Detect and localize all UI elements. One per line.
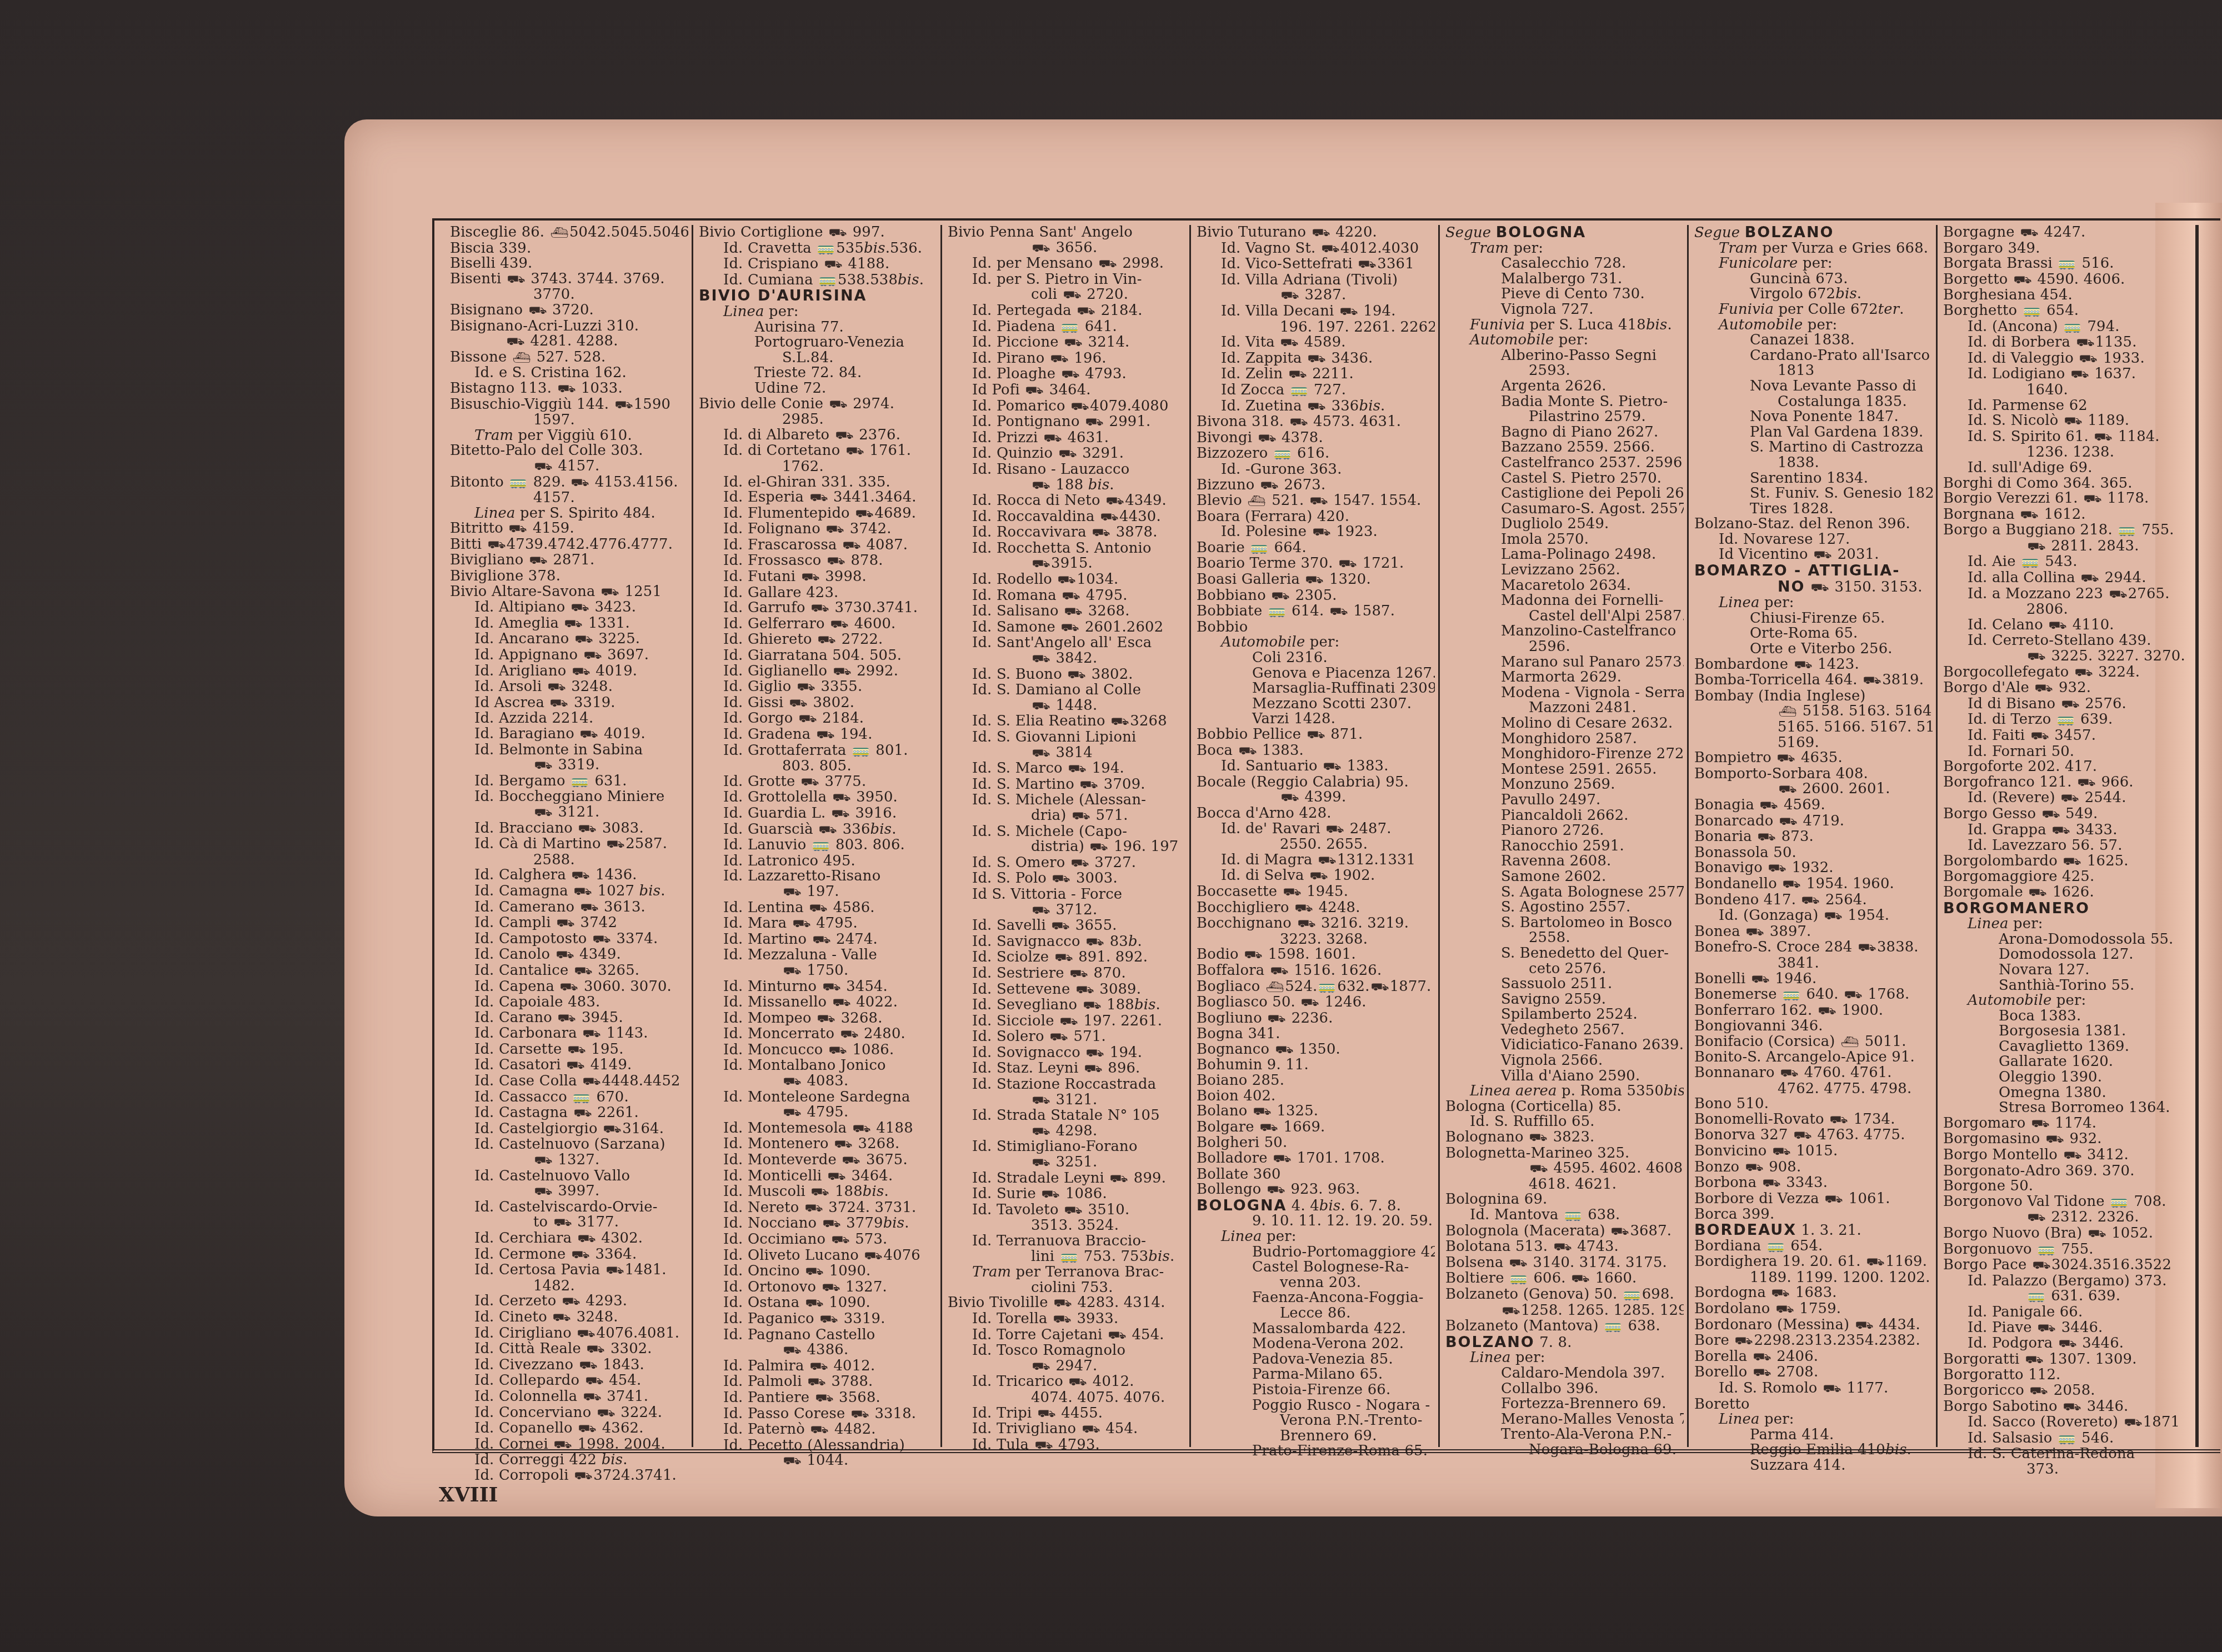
- italic-label: Linea: [1719, 1412, 1760, 1428]
- index-entry: Id. Salsasio 🚃 546.: [1943, 1431, 2192, 1447]
- index-entry: Reggio Emilia 410bis.: [1694, 1443, 1933, 1458]
- index-entry: Id. Giarratana 504. 505.: [699, 648, 937, 664]
- bus-automobile-service-icon: ⛟: [1275, 1043, 1294, 1058]
- index-heading-entry: BOLOGNA 4. 4bis. 6. 7. 8.: [1197, 1198, 1435, 1214]
- index-entry: ⛟1258. 1265. 1285. 1291: [1445, 1303, 1684, 1319]
- index-entry: Id. Roccavivara ⛟ 3878.: [948, 525, 1186, 541]
- index-entry: Plan Val Gardena 1839.: [1694, 425, 1933, 440]
- bus-automobile-service-icon: ⛟: [832, 995, 851, 1011]
- bus-automobile-service-icon: ⛟: [582, 1027, 601, 1042]
- bus-automobile-service-icon: ⛟: [597, 1406, 615, 1421]
- bus-automobile-service-icon: ⛟: [829, 397, 848, 413]
- bus-automobile-service-icon: ⛟: [805, 1264, 824, 1280]
- bus-automobile-service-icon: ⛟: [804, 1201, 823, 1217]
- section-heading: BORGOMANERO: [1943, 901, 2090, 917]
- index-entry: Castelfranco 2537. 2596.: [1445, 455, 1684, 471]
- ship-service-icon: ⛴: [1248, 494, 1267, 509]
- index-entry: Id. per S. Pietro in Vin-: [948, 272, 1186, 288]
- index-entry: ⛟ 2947.: [948, 1359, 1186, 1375]
- index-heading-entry: Segue BOLZANO: [1694, 225, 1933, 241]
- index-entry: Argenta 2626.: [1445, 379, 1684, 394]
- index-entry: S. Benedetto del Quer-: [1445, 946, 1684, 962]
- railcar-service-icon: 🚃: [2118, 523, 2136, 539]
- index-entry: Id. Palmira ⛟ 4012.: [699, 1359, 937, 1375]
- index-entry: Id. Quinzio ⛟ 3291.: [948, 446, 1186, 462]
- index-entry: Borgata Brassi 🚃 516.: [1943, 256, 2192, 272]
- italic-label: bis: [1359, 399, 1380, 414]
- index-entry: Bolgheri 50.: [1197, 1135, 1435, 1151]
- index-entry: 1189. 1199. 1200. 1202.: [1694, 1270, 1933, 1286]
- index-entry: Id. Appignano ⛟ 3697.: [450, 648, 688, 664]
- italic-label: Linea: [474, 506, 516, 522]
- index-entry: Id. Campli ⛟ 3742: [450, 915, 688, 932]
- bus-automobile-service-icon: ⛟: [560, 980, 579, 995]
- index-entry: Pianoro 2726.: [1445, 823, 1684, 839]
- index-entry: ⛴ 5158. 5163. 5164.: [1694, 704, 1933, 720]
- index-entry: Id. Mantova 🚃 638.: [1445, 1208, 1684, 1224]
- bus-automobile-service-icon: ⛟: [2030, 729, 2049, 744]
- bus-automobile-service-icon: ⛟: [1259, 1120, 1278, 1136]
- index-entry: Id. Baragiano ⛟ 4019.: [450, 727, 688, 743]
- ship-service-icon: ⛴: [1840, 1035, 1859, 1050]
- railcar-service-icon: 🚃: [818, 273, 837, 289]
- index-entry: Bomba-Torricella 464. ⛟3819.: [1694, 673, 1933, 689]
- index-entry: Bolognano ⛟ 3823.: [1445, 1130, 1684, 1146]
- index-entry: Id. Lazzaretto-Risano: [699, 869, 937, 884]
- index-entry: 1838.: [1694, 455, 1933, 471]
- bus-automobile-service-icon: ⛟: [1757, 830, 1776, 845]
- bus-automobile-service-icon: ⛟: [600, 585, 619, 600]
- index-entry: Id. Tavoleto ⛟ 3510.: [948, 1203, 1186, 1219]
- index-entry: Id. Futani ⛟ 3998.: [699, 569, 937, 585]
- index-entry: Bobbio Pellice ⛟ 871.: [1197, 727, 1435, 743]
- index-entry: Bongiovanni 346.: [1694, 1019, 1933, 1034]
- index-entry: Id. Lentina ⛟ 4586.: [699, 900, 937, 917]
- bus-automobile-service-icon: ⛟: [2031, 1117, 2050, 1132]
- italic-label: bis: [870, 822, 892, 838]
- bus-automobile-service-icon: ⛟: [805, 1296, 824, 1311]
- bus-automobile-service-icon: ⛟: [1034, 1438, 1053, 1454]
- index-entry: venna 203.: [1197, 1275, 1435, 1291]
- bus-automobile-service-icon: ⛟: [585, 1374, 604, 1389]
- index-entry: Id. Terranuova Braccio-: [948, 1234, 1186, 1249]
- index-entry: Id. S. Michele (Alessan-: [948, 793, 1186, 808]
- index-entry: Castel dell'Alpi 2587.: [1445, 609, 1684, 624]
- index-entry: Verona P.N.-Trento-: [1197, 1413, 1435, 1429]
- index-entry: Bonzo ⛟ 908.: [1694, 1160, 1933, 1176]
- index-entry: Id. Samone ⛟ 2601.2602: [948, 620, 1186, 636]
- index-entry: Borgaro 349.: [1943, 241, 2192, 257]
- index-entry: ceto 2576.: [1445, 962, 1684, 977]
- index-entry: Id. Collepardo ⛟ 454.: [450, 1373, 688, 1389]
- index-entry: Id. alla Collina ⛟ 2944.: [1943, 570, 2192, 587]
- index-entry: Id. Nereto ⛟ 3724. 3731.: [699, 1200, 937, 1217]
- index-entry: Parma 414.: [1694, 1428, 1933, 1443]
- index-entry: Guncinà 673.: [1694, 272, 1933, 287]
- bus-automobile-service-icon: ⛟: [570, 600, 589, 616]
- bus-automobile-service-icon: ⛟: [564, 617, 583, 632]
- bus-automobile-service-icon: ⛟: [1090, 840, 1109, 855]
- index-entry: 5169.: [1694, 735, 1933, 751]
- index-entry: Id. Cerzeto ⛟ 4293.: [450, 1294, 688, 1310]
- bus-automobile-service-icon: ⛟: [567, 1043, 586, 1058]
- railcar-service-icon: 🚃: [573, 1090, 591, 1106]
- index-entry: Casumaro-S. Agost. 2557.: [1445, 502, 1684, 517]
- index-entry: Borgomale ⛟ 1626.: [1943, 885, 2192, 901]
- index-entry: Id. Carano ⛟ 3945.: [450, 1010, 688, 1027]
- index-entry: Id. Ortonovo ⛟ 1327.: [699, 1280, 937, 1296]
- index-entry: Bitritto ⛟ 4159.: [450, 521, 688, 537]
- bus-automobile-service-icon: ⛟: [1054, 950, 1073, 966]
- index-entry: Borgetto ⛟ 4590. 4606.: [1943, 272, 2192, 288]
- index-entry: Bivio Tuturano ⛟ 4220.: [1197, 225, 1435, 241]
- bus-automobile-service-icon: ⛟: [1801, 893, 1820, 909]
- bus-automobile-service-icon: ⛟: [1779, 814, 1798, 830]
- index-entry: Bolgare ⛟ 1669.: [1197, 1120, 1435, 1136]
- bus-automobile-service-icon: ⛟: [1824, 909, 1843, 924]
- bus-automobile-service-icon: ⛟: [506, 334, 525, 350]
- index-entry: ⛟ 3121.: [948, 1093, 1186, 1109]
- index-entry: Bobbiate 🚃 614. ⛟ 1587.: [1197, 604, 1435, 620]
- index-entry: Id. (Ancona) 🚃 794.: [1943, 319, 2192, 336]
- index-entry: Id. Mompeo ⛟ 3268.: [699, 1011, 937, 1027]
- index-entry: Boca ⛟ 1383.: [1197, 743, 1435, 759]
- index-entry: Samone 2602.: [1445, 869, 1684, 885]
- index-entry: Id. Sacco (Rovereto) ⛟1871: [1943, 1415, 2192, 1431]
- index-entry: Virgolo 672bis.: [1694, 287, 1933, 302]
- index-entry: Id. Tripi ⛟ 4455.: [948, 1406, 1186, 1422]
- index-entry: 2588.: [450, 853, 688, 868]
- index-entry: Id Ascrea ⛟ 3319.: [450, 695, 688, 712]
- index-entry: ciolini 753.: [948, 1280, 1186, 1296]
- bus-automobile-service-icon: ⛟: [574, 964, 593, 979]
- bus-automobile-service-icon: ⛟: [2051, 823, 2070, 839]
- index-entry: Cardano-Prato all'Isarco: [1694, 348, 1933, 364]
- bus-automobile-service-icon: ⛟: [1321, 242, 1340, 257]
- bus-automobile-service-icon: ⛟: [580, 900, 599, 916]
- bus-automobile-service-icon: ⛟: [1301, 995, 1320, 1011]
- index-entry: Ranocchio 2591.: [1445, 839, 1684, 854]
- bus-automobile-service-icon: ⛟: [2079, 352, 2098, 367]
- index-entry: Automobile per:: [1943, 993, 2192, 1009]
- index-entry: ⛟ 4386.: [699, 1343, 937, 1359]
- index-entry: 1236. 1238.: [1943, 445, 2192, 460]
- index-entry: Domodossola 127.: [1943, 947, 2192, 963]
- bus-automobile-service-icon: ⛟: [1318, 853, 1337, 869]
- index-entry: Bisignano-Acri-Luzzi 310.: [450, 319, 688, 334]
- index-entry: Bonarcado ⛟ 4719.: [1694, 814, 1933, 830]
- index-entry: Bomporto-Sorbara 408.: [1694, 767, 1933, 782]
- index-entry: Borella ⛟ 2406.: [1694, 1349, 1933, 1365]
- index-entry: Canazei 1838.: [1694, 333, 1933, 348]
- index-entry: Id. Pecetto (Alessandria): [699, 1438, 937, 1454]
- index-entry: Id. Campotosto ⛟ 3374.: [450, 932, 688, 948]
- bus-automobile-service-icon: ⛟: [1053, 1296, 1072, 1311]
- index-entry: Arona-Domodossola 55.: [1943, 932, 2192, 948]
- index-entry: Bore ⛟2298.2313.2354.2382.: [1694, 1333, 1933, 1349]
- index-entry: Gallarate 1620.: [1943, 1054, 2192, 1070]
- bus-automobile-service-icon: ⛟: [1032, 478, 1050, 494]
- bus-automobile-service-icon: ⛟: [812, 933, 831, 948]
- index-entry: Id. Arsoli ⛟ 3248.: [450, 679, 688, 695]
- index-entry: Boffalora ⛟ 1516. 1626.: [1197, 963, 1435, 979]
- index-entry: Id. Castelnuovo Vallo: [450, 1169, 688, 1184]
- index-entry: ⛟ 3842.: [948, 651, 1186, 667]
- index-column-5: Segue BOLOGNATram per:Casalecchio 728.Ma…: [1440, 225, 1689, 1447]
- bus-automobile-service-icon: ⛟: [783, 1105, 802, 1121]
- index-entry: ⛟ 4281. 4288.: [450, 334, 688, 350]
- index-entry: Id. Panigale 66.: [1943, 1305, 2192, 1320]
- index-entry: Id. Tula ⛟ 4793.: [948, 1438, 1186, 1454]
- bus-automobile-service-icon: ⛟: [1050, 352, 1069, 367]
- index-entry: Biscia 339.: [450, 241, 688, 257]
- index-entry: Id. Rocchetta S. Antonio: [948, 541, 1186, 557]
- index-entry: Omegna 1380.: [1943, 1085, 2192, 1101]
- index-entry: Sarentino 1834.: [1694, 471, 1933, 487]
- italic-label: bis: [1134, 998, 1156, 1013]
- index-entry: Bocchigliero ⛟ 4248.: [1197, 900, 1435, 917]
- index-entry: Pieve di Cento 730.: [1445, 287, 1684, 302]
- index-entry: Lama-Polinago 2498.: [1445, 547, 1684, 563]
- index-entry: Id. Salisano ⛟ 3268.: [948, 604, 1186, 620]
- index-entry: Bonagia ⛟ 4569.: [1694, 798, 1933, 814]
- index-entry: Id. Piccione ⛟ 3214.: [948, 335, 1186, 351]
- bus-automobile-service-icon: ⛟: [2027, 1210, 2046, 1226]
- index-entry: Id. S. Romolo ⛟ 1177.: [1694, 1381, 1933, 1397]
- railcar-service-icon: 🚃: [2027, 1289, 2045, 1305]
- index-entry: Id. Minturno ⛟ 3454.: [699, 979, 937, 995]
- index-entry: ⛟ 4795.: [699, 1105, 937, 1121]
- railcar-service-icon: 🚃: [2037, 1243, 2055, 1258]
- index-entry: Id. Stazione Roccastrada: [948, 1077, 1186, 1093]
- index-entry: Id. Cermone ⛟ 3364.: [450, 1247, 688, 1263]
- index-entry: Id. di Borbera ⛟1135.: [1943, 335, 2192, 351]
- index-entry: Id. Castelnuovo (Sarzana): [450, 1137, 688, 1153]
- index-entry: Bolzaneto (Mantova) 🚃 638.: [1445, 1319, 1684, 1335]
- index-entry: ⛟ 2312. 2326.: [1943, 1210, 2192, 1226]
- index-entry: Bogliasco 50. ⛟ 1246.: [1197, 995, 1435, 1011]
- index-entry: Bissone ⛴ 527. 528.: [450, 350, 688, 366]
- index-entry: ⛟ 2811. 2843.: [1943, 539, 2192, 555]
- index-entry: Bocchignano ⛟ 3216. 3219.: [1197, 916, 1435, 932]
- index-heading-entry: BOLZANO 7. 8.: [1445, 1335, 1684, 1351]
- index-entry: Id. Montalbano Jonico: [699, 1058, 937, 1074]
- bus-automobile-service-icon: ⛟: [1273, 1152, 1292, 1167]
- index-entry: Bono 510.: [1694, 1097, 1933, 1112]
- index-entry: Pavullo 2497.: [1445, 793, 1684, 808]
- index-entry: Bollate 360: [1197, 1167, 1435, 1183]
- index-entry: Id. Paternò ⛟ 4482.: [699, 1422, 937, 1438]
- bus-automobile-service-icon: ⛟: [1289, 415, 1308, 430]
- index-entry: Bogliuno ⛟ 2236.: [1197, 1011, 1435, 1027]
- index-entry: to ⛟ 3177.: [450, 1215, 688, 1231]
- section-heading: BOMARZO - ATTIGLIA-: [1694, 563, 1900, 579]
- bus-automobile-service-icon: ⛟: [783, 1074, 802, 1090]
- index-entry: Bistagno 113. ⛟ 1033.: [450, 381, 688, 397]
- italic-label: Automobile: [1968, 993, 2051, 1009]
- italic-label: Funivia: [1719, 302, 1774, 318]
- index-column-6: Segue BOLZANOTram per Vurza e Gries 668.…: [1689, 225, 1938, 1447]
- bus-automobile-service-icon: ⛟: [2070, 367, 2089, 383]
- index-entry: Bordolano ⛟ 1759.: [1694, 1301, 1933, 1318]
- index-entry: Id. S. Elia Reatino ⛟3268: [948, 714, 1186, 730]
- railcar-service-icon: 🚃: [1060, 1250, 1078, 1265]
- italic-label: Tram: [1719, 241, 1758, 257]
- index-entry: Bolladore ⛟ 1701. 1708.: [1197, 1151, 1435, 1167]
- railcar-service-icon: 🚃: [2058, 1431, 2076, 1447]
- index-entry: Id. Nocciano ⛟ 3779bis.: [699, 1216, 937, 1232]
- railcar-service-icon: 🚃: [2056, 713, 2075, 728]
- index-entry: Bodio ⛟ 1598. 1601.: [1197, 947, 1435, 963]
- index-entry: Bisignano ⛟ 3720.: [450, 303, 688, 319]
- index-entry: Borgomasino ⛟ 932.: [1943, 1132, 2192, 1148]
- index-column-7: Borgagne ⛟ 4247.Borgaro 349.Borgata Bras…: [1938, 225, 2199, 1447]
- bus-automobile-service-icon: ⛟: [1062, 589, 1080, 604]
- index-entry: Id. Sicciole ⛟ 197. 2261.: [948, 1014, 1186, 1030]
- italic-label: Linea aerea: [1470, 1084, 1557, 1099]
- index-entry: Id. S. Martino ⛟ 3709.: [948, 777, 1186, 793]
- index-entry: Id. Gradena ⛟ 194.: [699, 727, 937, 743]
- index-entry: Borgo Gesso ⛟ 549.: [1943, 807, 2192, 823]
- index-entry: Id. Lanuvio 🚃 803. 806.: [699, 838, 937, 854]
- index-entry: ⛟ 3656.: [948, 241, 1186, 257]
- bus-automobile-service-icon: ⛟: [1772, 1144, 1791, 1160]
- index-entry: ⛟ 1327.: [450, 1153, 688, 1169]
- italic-label: Funicolare: [1719, 256, 1798, 272]
- bus-automobile-service-icon: ⛟: [2029, 1384, 2048, 1399]
- index-entry: Bocale (Reggio Calabria) 95.: [1197, 775, 1435, 790]
- index-entry: 2596.: [1445, 639, 1684, 655]
- index-entry: Id. e S. Cristina 162.: [450, 366, 688, 381]
- bus-automobile-service-icon: ⛟: [1294, 901, 1313, 917]
- bus-automobile-service-icon: ⛟: [2041, 807, 2060, 823]
- bus-automobile-service-icon: ⛟: [2074, 665, 2093, 681]
- bus-automobile-service-icon: ⛟: [507, 272, 526, 288]
- index-entry: Id. Villa Adriana (Tivoli): [1197, 273, 1435, 288]
- index-entry: Id. Palmoli ⛟ 3788.: [699, 1374, 937, 1390]
- index-entry: ⛟ 3814: [948, 745, 1186, 762]
- index-entry: 1813: [1694, 363, 1933, 379]
- index-entry: Id. -Gurone 363.: [1197, 462, 1435, 478]
- bus-automobile-service-icon: ⛟: [1064, 1203, 1083, 1219]
- index-entry: Borgone 50.: [1943, 1179, 2192, 1194]
- bus-automobile-service-icon: ⛟: [2032, 1258, 2051, 1274]
- index-entry: Borgo Sabotino ⛟ 3446.: [1943, 1399, 2192, 1415]
- index-entry: Vedegheto 2567.: [1445, 1023, 1684, 1038]
- index-entry: Bondeno 417. ⛟ 2564.: [1694, 893, 1933, 909]
- index-entry: Id. Pontignano ⛟ 2991.: [948, 414, 1186, 430]
- index-heading-entry: BORGOMANERO: [1943, 901, 2192, 917]
- index-entry: Casalecchio 728.: [1445, 256, 1684, 272]
- index-entry: Bonemerse 🚃 640. ⛟ 1768.: [1694, 987, 1933, 1003]
- bus-automobile-service-icon: ⛟: [572, 868, 590, 884]
- bus-automobile-service-icon: ⛟: [1309, 494, 1328, 509]
- ship-service-icon: ⛴: [1265, 980, 1284, 995]
- index-entry: Bolognetta-Marineo 325.: [1445, 1146, 1684, 1162]
- index-entry: Borgo Montello ⛟ 3412.: [1943, 1148, 2192, 1164]
- bus-automobile-service-icon: ⛟: [1082, 1422, 1100, 1438]
- bus-automobile-service-icon: ⛟: [1793, 1128, 1812, 1144]
- index-entry: Borgomaggiore 425.: [1943, 869, 2192, 885]
- index-entry: Id. Città Reale ⛟ 3302.: [450, 1341, 688, 1358]
- index-entry: Id. Calghera ⛟ 1436.: [450, 868, 688, 884]
- bus-automobile-service-icon: ⛟: [1105, 494, 1124, 509]
- bus-automobile-service-icon: ⛟: [1061, 620, 1080, 636]
- bus-automobile-service-icon: ⛟: [573, 884, 592, 900]
- index-entry: Borgoratto 112.: [1943, 1368, 2192, 1383]
- index-entry: ⛟3915.: [948, 556, 1186, 572]
- bus-automobile-service-icon: ⛟: [1064, 336, 1083, 351]
- railcar-service-icon: 🚃: [1273, 447, 1292, 462]
- index-entry: Id Zocca 🚃 727.: [1197, 383, 1435, 399]
- bus-automobile-service-icon: ⛟: [2064, 414, 2083, 429]
- bus-automobile-service-icon: ⛟: [789, 696, 808, 712]
- index-entry: Id. Piadena 🚃 641.: [948, 319, 1186, 336]
- index-entry: Id. Boccheggiano Miniere: [450, 789, 688, 805]
- italic-label: Segue: [1694, 225, 1740, 241]
- index-entry: Borbona ⛟ 3343.: [1694, 1175, 1933, 1192]
- bus-automobile-service-icon: ⛟: [583, 1390, 602, 1405]
- bus-automobile-service-icon: ⛟: [2063, 1148, 2082, 1164]
- bus-automobile-service-icon: ⛟: [547, 680, 566, 695]
- bus-automobile-service-icon: ⛟: [1312, 226, 1330, 241]
- index-entry: Id. Moncucco ⛟ 1086.: [699, 1043, 937, 1059]
- index-entry: Borbore di Vezza ⛟ 1061.: [1694, 1192, 1933, 1208]
- index-entry: ⛟ 3251.: [948, 1155, 1186, 1171]
- index-entry: S.L.84.: [699, 351, 937, 366]
- index-entry: ⛟ 1448.: [948, 698, 1186, 714]
- railcar-service-icon: 🚃: [852, 744, 870, 759]
- bus-automobile-service-icon: ⛟: [798, 712, 817, 727]
- index-entry: Bisuschio-Viggiù 144. ⛟1590: [450, 397, 688, 413]
- index-entry: Vignola 2566.: [1445, 1053, 1684, 1069]
- bus-automobile-service-icon: ⛟: [1052, 872, 1071, 887]
- italic-label: ter: [1878, 302, 1900, 318]
- bus-automobile-service-icon: ⛟: [2109, 587, 2128, 603]
- index-heading-entry: BIVIO D'AURISINA: [699, 288, 937, 304]
- index-entry: Borgoricco ⛟ 2058.: [1943, 1383, 2192, 1399]
- index-entry: Id. Cornei ⛟ 1998. 2004.: [450, 1437, 688, 1453]
- bus-automobile-service-icon: ⛟: [582, 1074, 601, 1090]
- index-entry: Id. Arigliano ⛟ 4019.: [450, 664, 688, 680]
- italic-label: Automobile: [1719, 318, 1803, 333]
- index-entry: Piancaldoli 2662.: [1445, 808, 1684, 824]
- index-entry: Linea aerea p. Roma 5350bis: [1445, 1084, 1684, 1099]
- index-entry: Id. S. Omero ⛟ 3727.: [948, 855, 1186, 872]
- bus-automobile-service-icon: ⛟: [487, 538, 506, 553]
- index-entry: Boca 1383.: [1943, 1009, 2192, 1024]
- index-entry: Id. Cà di Martino ⛟2587.: [450, 837, 688, 853]
- railcar-service-icon: 🚃: [817, 242, 835, 257]
- section-heading: BOLOGNA: [1197, 1198, 1287, 1214]
- index-entry: Id. Cassacco 🚃 670.: [450, 1090, 688, 1106]
- index-entry: Boasi Galleria ⛟ 1320.: [1197, 572, 1435, 588]
- index-entry: Linea per:: [1694, 1412, 1933, 1428]
- bus-automobile-service-icon: ⛟: [1305, 573, 1324, 588]
- index-entry: Id. a Mozzano 223 ⛟2765.: [1943, 587, 2192, 603]
- bus-automobile-service-icon: ⛟: [2029, 885, 2048, 901]
- index-entry: ⛟ 1044.: [699, 1453, 937, 1469]
- bus-automobile-service-icon: ⛟: [1064, 604, 1083, 620]
- bus-automobile-service-icon: ⛟: [1032, 1155, 1050, 1171]
- bus-automobile-service-icon: ⛟: [2076, 336, 2095, 351]
- index-entry: Id. Sestriere ⛟ 870.: [948, 966, 1186, 982]
- bus-automobile-service-icon: ⛟: [1075, 983, 1094, 998]
- index-entry: 2558.: [1445, 930, 1684, 946]
- index-entry: Id. Podgora ⛟ 3446.: [1943, 1336, 2192, 1352]
- italic-label: bis: [1148, 1249, 1170, 1265]
- bus-automobile-service-icon: ⛟: [577, 1232, 596, 1247]
